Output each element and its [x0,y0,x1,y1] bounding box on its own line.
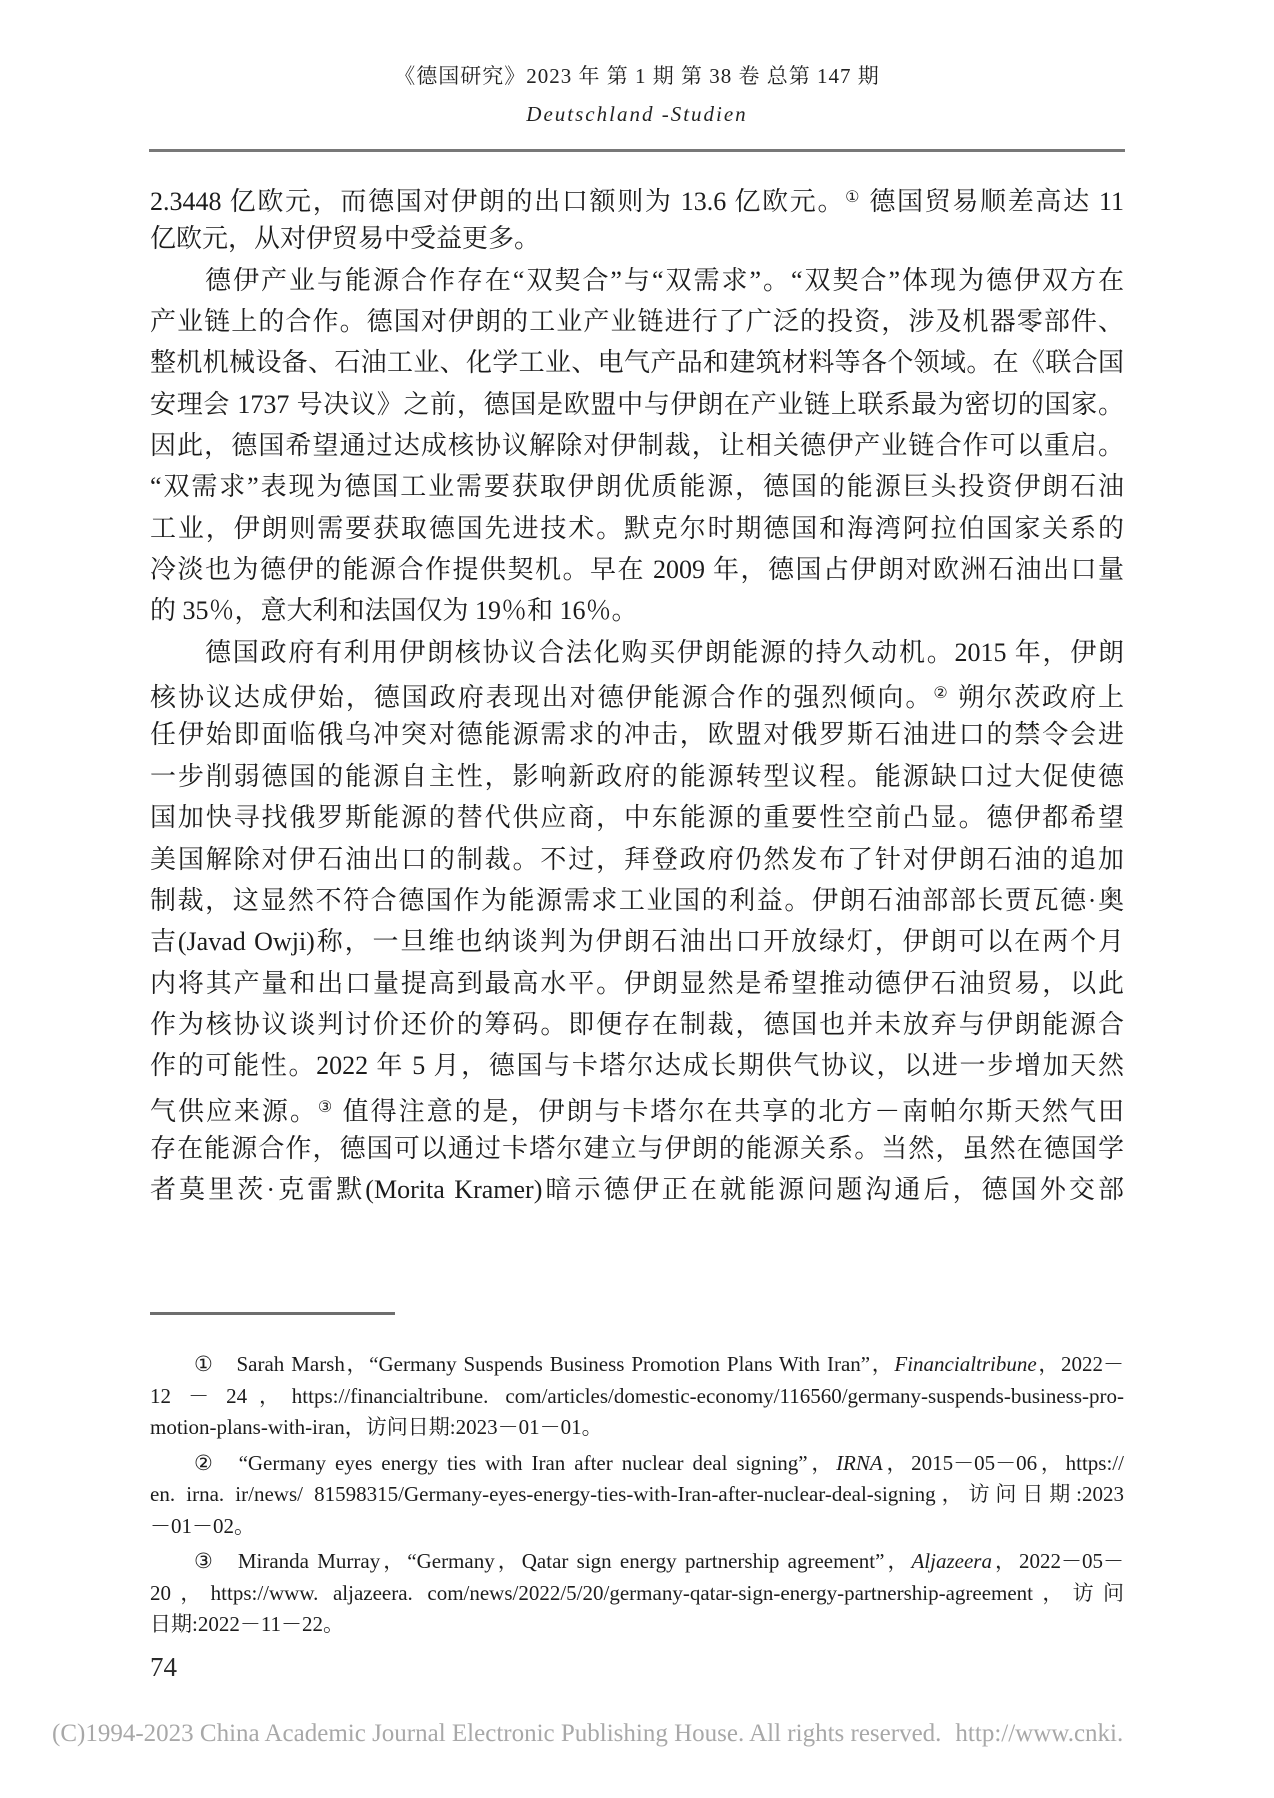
cnki-url: http://www.cnki. [955,1720,1123,1747]
text-segment: 德国政府有利用伊朗核协议合法化购买伊朗能源的持久动机。2015 年，伊朗 [205,638,1124,667]
text-segment: Miranda Murray，“Germany，Qatar sign energ… [238,1549,912,1573]
footnote: ②“Germany eyes energy ties with Iran aft… [150,1448,1124,1543]
footnote-marker: ① [845,189,861,206]
text-line: 作为核协议谈判讨价还价的筹码。即便存在制裁，德国也并未放弃与伊朗能源合 [150,1004,1124,1045]
text-line: 安理会 1737 号决议》之前，德国是欧盟中与伊朗在产业链上联系最为密切的国家。 [150,384,1124,425]
text-segment: 朔尔茨政府上 [950,683,1124,712]
text-segment: 美国解除对伊石油出口的制裁。不过，拜登政府仍然发布了针对伊朗石油的追加 [150,845,1124,874]
text-line: 气供应来源。③ 值得注意的是，伊朗与卡塔尔在共享的北方－南帕尔斯天然气田 [150,1087,1124,1128]
text-segment: 安理会 1737 号决议》之前，德国是欧盟中与伊朗在产业链上联系最为密切的国家。 [150,390,1124,419]
text-line: 工业，伊朗则需要获取德国先进技术。默克尔时期德国和海湾阿拉伯国家关系的 [150,508,1124,549]
text-line: 的 35％，意大利和法国仅为 19％和 16％。 [150,590,1124,631]
footnotes: ①Sarah Marsh，“Germany Suspends Business … [150,1349,1124,1645]
text-segment: “双需求”表现为德国工业需要获取伊朗优质能源，德国的能源巨头投资伊朗石油 [150,472,1124,501]
text-segment: 制裁，这显然不符合德国作为能源需求工业国的利益。伊朗石油部部长贾瓦德·奥 [150,886,1124,915]
footnote-marker: ② [194,1451,217,1475]
text-line: 德国政府有利用伊朗核协议合法化购买伊朗能源的持久动机。2015 年，伊朗 [150,632,1124,673]
text-segment: 12 － 24，https://financialtribune. com/ar… [150,1384,1124,1408]
text-segment: 核协议达成伊始，德国政府表现出对德伊能源合作的强烈倾向。 [150,683,933,712]
footnote-marker: ③ [194,1549,216,1573]
footnote-marker: ① [194,1352,214,1376]
text-segment: 任伊始即面临俄乌冲突对德能源需求的冲击，欧盟对俄罗斯石油进口的禁令会进 [150,720,1124,749]
text-segment: 吉(Javad Owji)称，一旦维也纳谈判为伊朗石油出口开放绿灯，伊朗可以在两… [150,927,1124,956]
text-segment: Sarah Marsh，“Germany Suspends Business P… [236,1352,894,1376]
text-line: 任伊始即面临俄乌冲突对德能源需求的冲击，欧盟对俄罗斯石油进口的禁令会进 [150,714,1124,755]
text-segment: Financialtribune [894,1352,1036,1376]
text-segment: Aljazeera [911,1549,991,1573]
text-line: 因此，德国希望通过达成核协议解除对伊制裁，让相关德伊产业链合作可以重启。 [150,425,1124,466]
text-line: 12 － 24，https://financialtribune. com/ar… [150,1381,1124,1413]
text-line: 国加快寻找俄罗斯能源的替代供应商，中东能源的重要性空前凸显。德伊都希望 [150,797,1124,838]
text-line: “双需求”表现为德国工业需要获取伊朗优质能源，德国的能源巨头投资伊朗石油 [150,466,1124,507]
text-segment: 德国贸易顺差高达 11 [861,187,1124,216]
footnote: ③Miranda Murray，“Germany，Qatar sign ener… [150,1546,1124,1641]
text-segment: 值得注意的是，伊朗与卡塔尔在共享的北方－南帕尔斯天然气田 [334,1097,1124,1126]
text-line: 冷淡也为德伊的能源合作提供契机。早在 2009 年，德国占伊朗对欧洲石油出口量 [150,549,1124,590]
text-segment: 德伊产业与能源合作存在“双契合”与“双需求”。“双契合”体现为德伊双方在 [205,266,1124,295]
text-segment: 工业，伊朗则需要获取德国先进技术。默克尔时期德国和海湾阿拉伯国家关系的 [150,514,1124,543]
text-segment: en. irna. ir/news/ 81598315/Germany-eyes… [150,1482,1124,1506]
text-segment: 气供应来源。 [150,1097,318,1126]
text-segment: 整机机械设备、石油工业、化学工业、电气产品和建筑材料等各个领域。在《联合国 [150,348,1124,377]
text-line: 整机机械设备、石油工业、化学工业、电气产品和建筑材料等各个领域。在《联合国 [150,342,1124,383]
text-segment: 日期:2022－11－22。 [150,1612,344,1636]
footnote: ①Sarah Marsh，“Germany Suspends Business … [150,1349,1124,1444]
body-text: 2.3448 亿欧元，而德国对伊朗的出口额则为 13.6 亿欧元。① 德国贸易顺… [150,177,1124,1211]
text-line: motion-plans-with-iran，访问日期:2023－01－01。 [150,1412,1124,1444]
journal-page: 《德国研究》2023 年 第 1 期 第 38 卷 总第 147 期 Deuts… [0,0,1274,1798]
text-segment: ，2022－ [1037,1352,1124,1376]
text-line: 一步削弱德国的能源自主性，影响新政府的能源转型议程。能源缺口过大促使德 [150,756,1124,797]
text-segment: ，2015－05－06，https:// [883,1451,1124,1475]
text-line: 亿欧元，从对伊贸易中受益更多。 [150,218,1124,259]
text-line: 20，https://www. aljazeera. com/news/2022… [150,1578,1124,1610]
text-line: 2.3448 亿欧元，而德国对伊朗的出口额则为 13.6 亿欧元。① 德国贸易顺… [150,177,1124,218]
text-line: －01－02。 [150,1511,1124,1543]
text-segment: IRNA [836,1451,883,1475]
footnote-marker: ② [933,685,949,702]
text-line: 作的可能性。2022 年 5 月，德国与卡塔尔达成长期供气协议，以进一步增加天然 [150,1045,1124,1086]
text-line: 核协议达成伊始，德国政府表现出对德伊能源合作的强烈倾向。② 朔尔茨政府上 [150,673,1124,714]
text-line: ①Sarah Marsh，“Germany Suspends Business … [150,1349,1124,1381]
text-line: 日期:2022－11－22。 [150,1609,1124,1641]
text-segment: “Germany eyes energy ties with Iran afte… [239,1451,837,1475]
text-segment: 存在能源合作，德国可以通过卡塔尔建立与伊朗的能源关系。当然，虽然在德国学 [150,1134,1124,1163]
copyright-footer: (C)1994-2023 China Academic Journal Elec… [52,1720,1274,1748]
text-segment: 一步削弱德国的能源自主性，影响新政府的能源转型议程。能源缺口过大促使德 [150,762,1124,791]
text-line: en. irna. ir/news/ 81598315/Germany-eyes… [150,1479,1124,1511]
text-line: 产业链上的合作。德国对伊朗的工业产业链进行了广泛的投资，涉及机器零部件、 [150,301,1124,342]
text-segment: 2.3448 亿欧元，而德国对伊朗的出口额则为 13.6 亿欧元。 [150,187,845,216]
text-segment: 内将其产量和出口量提高到最高水平。伊朗显然是希望推动德伊石油贸易，以此 [150,969,1124,998]
page-header: 《德国研究》2023 年 第 1 期 第 38 卷 总第 147 期 Deuts… [0,60,1274,130]
text-line: 存在能源合作，德国可以通过卡塔尔建立与伊朗的能源关系。当然，虽然在德国学 [150,1128,1124,1169]
text-line: 德伊产业与能源合作存在“双契合”与“双需求”。“双契合”体现为德伊双方在 [150,260,1124,301]
journal-subtitle: Deutschland -Studien [0,98,1274,130]
text-segment: 的 35％，意大利和法国仅为 19％和 16％。 [150,596,638,625]
text-segment: 作为核协议谈判讨价还价的筹码。即便存在制裁，德国也并未放弃与伊朗能源合 [150,1010,1124,1039]
text-line: ②“Germany eyes energy ties with Iran aft… [150,1448,1124,1480]
footnote-separator [150,1312,395,1315]
text-segment: ，2022－05－ [992,1549,1124,1573]
text-line: ③Miranda Murray，“Germany，Qatar sign ener… [150,1546,1124,1578]
header-rule [149,149,1125,152]
copyright-text: (C)1994-2023 China Academic Journal Elec… [52,1720,941,1747]
text-segment: 亿欧元，从对伊贸易中受益更多。 [150,224,540,253]
text-segment: －01－02。 [150,1514,255,1538]
text-segment: 者莫里茨·克雷默(Morita Kramer)暗示德伊正在就能源问题沟通后，德国… [150,1175,1124,1204]
text-line: 吉(Javad Owji)称，一旦维也纳谈判为伊朗石油出口开放绿灯，伊朗可以在两… [150,921,1124,962]
text-line: 美国解除对伊石油出口的制裁。不过，拜登政府仍然发布了针对伊朗石油的追加 [150,839,1124,880]
text-segment: 20，https://www. aljazeera. com/news/2022… [150,1581,1124,1605]
page-number: 74 [150,1652,177,1683]
text-segment: motion-plans-with-iran，访问日期:2023－01－01。 [150,1415,603,1439]
text-segment: 国加快寻找俄罗斯能源的替代供应商，中东能源的重要性空前凸显。德伊都希望 [150,803,1124,832]
text-segment: 因此，德国希望通过达成核协议解除对伊制裁，让相关德伊产业链合作可以重启。 [150,431,1124,460]
text-segment: 冷淡也为德伊的能源合作提供契机。早在 2009 年，德国占伊朗对欧洲石油出口量 [150,555,1124,584]
text-line: 制裁，这显然不符合德国作为能源需求工业国的利益。伊朗石油部部长贾瓦德·奥 [150,880,1124,921]
text-segment: 产业链上的合作。德国对伊朗的工业产业链进行了广泛的投资，涉及机器零部件、 [150,307,1124,336]
footnote-marker: ③ [318,1099,334,1116]
text-segment: 作的可能性。2022 年 5 月，德国与卡塔尔达成长期供气协议，以进一步增加天然 [150,1051,1124,1080]
journal-title-line: 《德国研究》2023 年 第 1 期 第 38 卷 总第 147 期 [0,60,1274,92]
text-line: 者莫里茨·克雷默(Morita Kramer)暗示德伊正在就能源问题沟通后，德国… [150,1169,1124,1210]
text-line: 内将其产量和出口量提高到最高水平。伊朗显然是希望推动德伊石油贸易，以此 [150,963,1124,1004]
